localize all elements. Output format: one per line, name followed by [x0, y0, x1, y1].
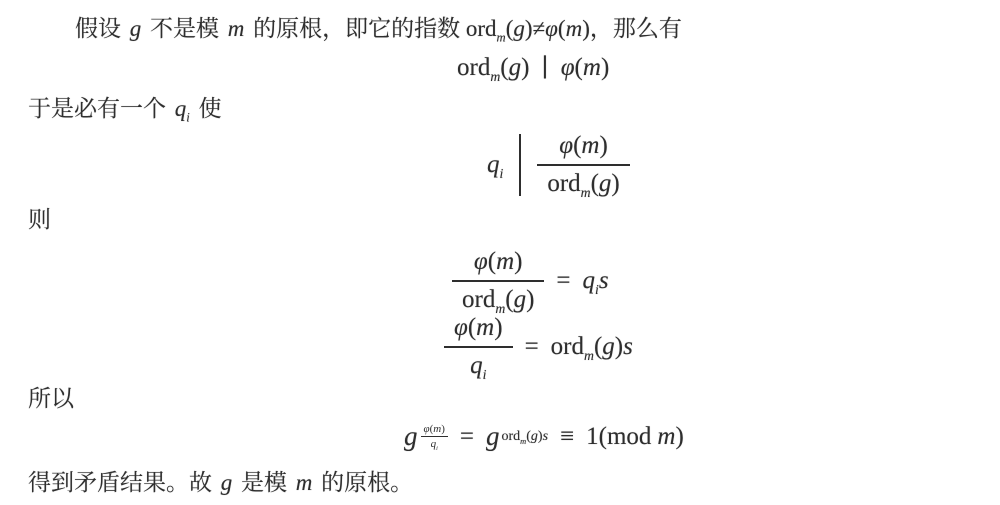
- ord-label: ord: [551, 333, 584, 360]
- text-fragment: 则: [28, 207, 51, 232]
- equals-sign: =: [525, 333, 539, 361]
- var-m: m: [476, 314, 494, 341]
- sub-m: m: [497, 31, 506, 45]
- sub-m: m: [584, 348, 594, 363]
- paren-close: ): [675, 423, 683, 451]
- ord-label: ord: [502, 429, 521, 444]
- fraction-denominator: qi: [421, 437, 448, 450]
- text-fragment: ，那么有: [590, 16, 682, 41]
- fraction-phi-over-qi: φ(m)qi: [444, 313, 513, 381]
- equals-sign: =: [460, 423, 474, 451]
- math-q-i: qi: [175, 96, 190, 121]
- var-q: q: [583, 267, 596, 294]
- ord-label: ord: [457, 54, 490, 81]
- neq-sign: ≠: [533, 16, 546, 41]
- paren-open: (: [500, 54, 508, 81]
- var-g-base: g: [486, 421, 500, 452]
- var-g: g: [221, 470, 233, 495]
- fraction-denominator: qi: [444, 348, 513, 381]
- var-g: g: [514, 286, 527, 313]
- exponent-ord-m-g-s: ordm(g)s: [502, 429, 549, 445]
- exponent-fraction-phi-over-qi: φ(m)qi: [421, 423, 448, 450]
- phi-symbol: φ: [454, 314, 468, 341]
- paren-open: (: [575, 54, 583, 81]
- paren-close: ): [582, 16, 590, 41]
- text-fragment: 是模: [235, 470, 293, 495]
- text-fragment: 得到矛盾结果。故: [28, 470, 218, 495]
- sub-i: i: [483, 367, 487, 382]
- paragraph-conclusion: 得到矛盾结果。故 g 是模 m 的原根。: [28, 467, 413, 498]
- text-fragment: 所以: [28, 386, 74, 411]
- formula-ord-divides-phi: ordm(g)∣φ(m): [457, 53, 609, 83]
- sub-m: m: [490, 69, 500, 84]
- fraction-numerator: φ(m): [444, 313, 513, 348]
- paren-close: ): [441, 423, 445, 435]
- formula-fraction-equals-ordgs: φ(m)qi=ordm(g)s: [444, 313, 633, 381]
- paren-close: ): [525, 16, 533, 41]
- phi-symbol: φ: [559, 132, 573, 159]
- fraction-numerator: φ(m): [421, 423, 448, 437]
- paren-close: ): [494, 314, 502, 341]
- divides-sign: ∣: [541, 53, 548, 83]
- phi-symbol: φ: [474, 248, 488, 275]
- var-g: g: [130, 16, 142, 41]
- math-ord-m-g: ordm(g): [457, 54, 529, 82]
- var-m: m: [583, 54, 601, 81]
- mod-label: mod: [607, 423, 651, 451]
- fraction-numerator: φ(m): [537, 131, 629, 166]
- paren-open: (: [468, 314, 476, 341]
- paren-open: (: [505, 286, 513, 313]
- var-g: g: [513, 16, 525, 41]
- divides-bar: [519, 134, 521, 196]
- fraction-numerator: φ(m): [452, 247, 544, 282]
- paragraph-then: 则: [28, 204, 51, 235]
- formula-fraction-equals-qis: φ(m)ordm(g)=qis: [452, 247, 609, 315]
- ord-label: ord: [547, 170, 580, 197]
- paren-open: (: [591, 170, 599, 197]
- paragraph-exists-qi: 于是必有一个 qi 使: [28, 93, 222, 124]
- var-s: s: [623, 333, 633, 360]
- text-fragment: 的原根，即它的指数: [247, 16, 466, 41]
- var-m: m: [496, 248, 514, 275]
- ord-label: ord: [466, 16, 497, 41]
- var-s: s: [599, 267, 609, 294]
- var-g: g: [602, 333, 615, 360]
- sub-i: i: [500, 166, 504, 181]
- var-q: q: [175, 96, 187, 121]
- phi-symbol: φ: [545, 16, 558, 41]
- equiv-sign: ≡: [560, 423, 574, 451]
- paragraph-so: 所以: [28, 383, 74, 414]
- math-ord-m-g-s: ordm(g)s: [551, 333, 633, 361]
- paren-open: (: [488, 248, 496, 275]
- paren-close: ): [615, 333, 623, 360]
- paren-close: ): [526, 286, 534, 313]
- text-fragment: 使: [193, 96, 222, 121]
- var-g: g: [599, 170, 612, 197]
- var-m: m: [657, 423, 675, 451]
- sub-i: i: [186, 111, 190, 125]
- phi-symbol: φ: [561, 54, 575, 81]
- var-g-base: g: [404, 421, 418, 452]
- fraction-denominator: ordm(g): [452, 282, 544, 315]
- paren-close: ): [521, 54, 529, 81]
- sub-m: m: [581, 185, 591, 200]
- var-g: g: [509, 54, 522, 81]
- paren-open: (: [558, 16, 566, 41]
- fraction-phi-over-ord: φ(m)ordm(g): [537, 131, 629, 199]
- var-q: q: [470, 352, 483, 379]
- var-m: m: [581, 132, 599, 159]
- var-s: s: [543, 429, 548, 444]
- var-m: m: [228, 16, 245, 41]
- math-ord-m-g: ordm(g): [466, 16, 533, 41]
- fraction-denominator: ordm(g): [537, 166, 629, 199]
- paren-close: ): [611, 170, 619, 197]
- math-phi-m: φ(m): [545, 16, 590, 41]
- number-one: 1: [586, 423, 599, 451]
- var-q: q: [487, 151, 500, 178]
- text-fragment: 假设: [75, 16, 127, 41]
- paren-close: ): [514, 248, 522, 275]
- text-fragment: 的原根。: [315, 470, 413, 495]
- paren-close: ): [599, 132, 607, 159]
- sub-i: i: [436, 446, 438, 452]
- paren-open: (: [599, 423, 607, 451]
- var-m: m: [566, 16, 583, 41]
- ord-label: ord: [462, 286, 495, 313]
- math-qi-s: qis: [583, 267, 609, 295]
- math-q-i: qi: [487, 151, 503, 179]
- var-m: m: [296, 470, 313, 495]
- formula-qi-divides-fraction: qiφ(m)ordm(g): [487, 131, 630, 199]
- var-g: g: [531, 429, 538, 444]
- paren-close: ): [601, 54, 609, 81]
- paragraph-assumption: 假设 g 不是模 m 的原根，即它的指数 ordm(g)≠φ(m)，那么有: [75, 13, 682, 44]
- fraction-phi-over-ord: φ(m)ordm(g): [452, 247, 544, 315]
- text-fragment: 于是必有一个: [28, 96, 172, 121]
- formula-contradiction: gφ(m)qi=gordm(g)s≡1(modm): [404, 421, 684, 452]
- math-phi-m: φ(m): [561, 54, 610, 82]
- text-fragment: 不是模: [144, 16, 225, 41]
- equals-sign: =: [556, 267, 570, 295]
